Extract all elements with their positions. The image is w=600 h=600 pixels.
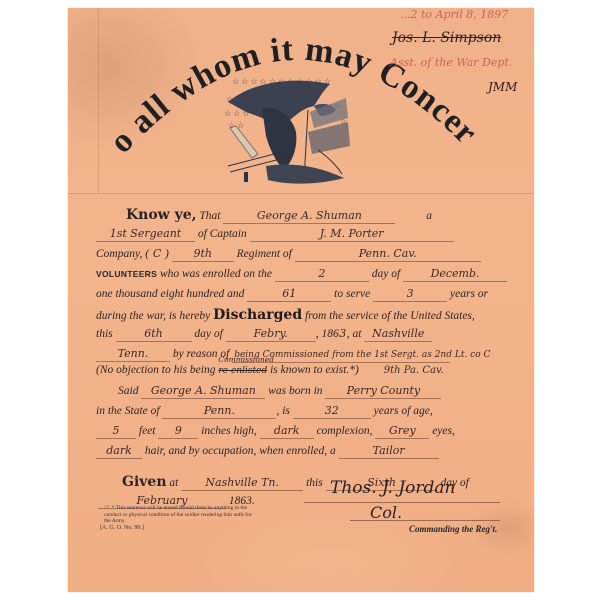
occupation-field: Tailor xyxy=(339,444,439,459)
label-to-serve: to serve xyxy=(334,288,370,300)
birthplace-field: Perry County xyxy=(325,384,441,399)
discharge-place-field: Nashville xyxy=(364,327,432,342)
said-name-field: George A. Shuman xyxy=(141,384,265,399)
know-ye-heading: Know ye, xyxy=(126,207,197,223)
label-in-state-of: in the State of xyxy=(96,405,160,417)
label-regiment-of: Regiment of xyxy=(237,248,292,260)
enroll-year-field: 61 xyxy=(247,287,331,302)
correction-note: 9th Pa. Cav. xyxy=(382,364,446,378)
regiment-state-field: Penn. Cav. xyxy=(295,247,481,262)
label-is: , is xyxy=(276,405,289,417)
label-day-of-2: day of xyxy=(194,328,222,340)
line-discharged: during the war, is hereby Discharged fro… xyxy=(96,307,510,327)
label-eyes: eyes, xyxy=(432,425,455,437)
line-hair-occupation: dark hair, and by occupation, when enrol… xyxy=(96,444,510,464)
red-annotation-date: ...2 to April 8, 1897 xyxy=(400,8,508,21)
label-year-prefix: , 186 xyxy=(316,328,339,340)
discharged-heading: Discharged xyxy=(213,307,302,323)
label-that: That xyxy=(199,210,220,222)
label-a: a xyxy=(426,210,432,222)
birth-state-field: Penn. xyxy=(162,404,276,419)
label-feet: feet xyxy=(139,425,156,437)
line-enrolled: VOLUNTEERS who was enrolled on the 2 day… xyxy=(96,267,510,287)
eagle-with-flags-and-stars-icon: ☆ ☆ ☆ ☆ ☆ ☆ ☆ ☆ ☆ ☆ ☆ ☆ ☆ ☆ ☆ ☆ ☆ ☆ ☆ ☆ xyxy=(222,62,362,190)
label-complexion: complexion, xyxy=(317,425,373,437)
given-place-field: Nashville Tn. xyxy=(181,476,303,491)
label-company: Company, ( xyxy=(96,248,149,260)
line-year-serve: one thousand eight hundred and 61 to ser… xyxy=(96,287,510,307)
label-years-or: years or xyxy=(450,288,488,300)
commander-signature: Thos. J. Jordan xyxy=(330,478,456,498)
label-no-objection: (No objection to his being xyxy=(96,364,215,376)
red-annotation-department: Asst. of the War Dept. xyxy=(390,56,512,69)
enroll-month-field: Decemb. xyxy=(403,267,507,282)
label-from-service: from the service of the United States, xyxy=(305,310,475,322)
company-field: C xyxy=(149,247,165,261)
label-given-this: this xyxy=(306,477,323,489)
discharge-place-continued: Tenn. xyxy=(96,347,170,362)
label-years-of-age: years of age, xyxy=(374,405,433,417)
footnote-text: * This sentence will be erased should th… xyxy=(104,505,252,524)
inserted-word: Commissioned xyxy=(218,355,274,364)
label-during-war: during the war, is hereby xyxy=(96,310,210,322)
label-company-close: ) xyxy=(165,248,169,260)
ink-signature: Jos. L. Simpson xyxy=(392,30,501,46)
age-field: 32 xyxy=(293,404,371,419)
label-enrolled-on: who was enrolled on the xyxy=(160,268,272,280)
line-description: 5 feet 9 inches high, dark complexion, G… xyxy=(96,424,510,444)
hair-field: dark xyxy=(96,444,142,459)
label-known-to-exist: is known to exist.*) xyxy=(270,364,359,376)
label-said: Said xyxy=(118,385,138,397)
label-day-of: day of xyxy=(372,268,400,280)
footnote: ☞ * This sentence will be erased should … xyxy=(104,504,254,525)
discharge-day-field: 6th xyxy=(116,327,192,342)
regiment-number-field: 9th xyxy=(172,247,234,262)
complexion-field: dark xyxy=(260,424,314,439)
soldier-name-field: George A. Shuman xyxy=(223,209,395,224)
label-one-thousand: one thousand eight hundred and xyxy=(96,288,244,300)
height-inches-field: 9 xyxy=(158,424,198,439)
line-company: Company, (C) 9th Regiment of Penn. Cav. xyxy=(96,247,510,267)
line-no-objection: (No objection to his being re-enlisted C… xyxy=(96,364,510,384)
rank-line xyxy=(350,520,500,521)
discharge-year-digit: 3 xyxy=(339,327,347,341)
line-discharge-date: this 6th day of Febry., 1863, at Nashvil… xyxy=(96,327,510,347)
pointing-hand-icon: ☞ xyxy=(104,503,110,511)
label-volunteers: VOLUNTEERS xyxy=(96,269,157,279)
label-hair-occupation: hair, and by occupation, when enrolled, … xyxy=(145,445,336,457)
serve-years-field: 3 xyxy=(373,287,447,302)
label-at: , at xyxy=(347,328,362,340)
struck-word: re-enlisted xyxy=(218,366,267,376)
given-heading: Given xyxy=(122,474,167,490)
label-of-captain: of Captain xyxy=(198,228,247,240)
eyes-field: Grey xyxy=(375,424,429,439)
form-number: [A. G. O. No. 99.] xyxy=(100,525,144,532)
initials: JMM xyxy=(488,80,517,94)
rank-field: 1st Sergeant xyxy=(96,227,195,242)
enroll-day-field: 2 xyxy=(275,267,369,282)
captain-name-field: J. M. Porter xyxy=(250,227,454,242)
line-said: Said George A. Shuman was born in Perry … xyxy=(96,384,510,404)
label-given-at: at xyxy=(169,477,178,489)
label-this: this xyxy=(96,328,113,340)
label-was-born-in: was born in xyxy=(268,385,322,397)
line-rank: 1st Sergeant of Captain J. M. Porter xyxy=(96,227,510,247)
commanding-label: Commanding the Reg't. xyxy=(409,524,497,534)
line-state: in the State of Penn., is 32 years of ag… xyxy=(96,404,510,424)
height-feet-field: 5 xyxy=(96,424,136,439)
label-inches: inches high, xyxy=(201,425,257,437)
line-know-ye: Know ye, That George A. Shuman a xyxy=(96,207,510,227)
discharge-month-field: Febry. xyxy=(226,327,316,342)
